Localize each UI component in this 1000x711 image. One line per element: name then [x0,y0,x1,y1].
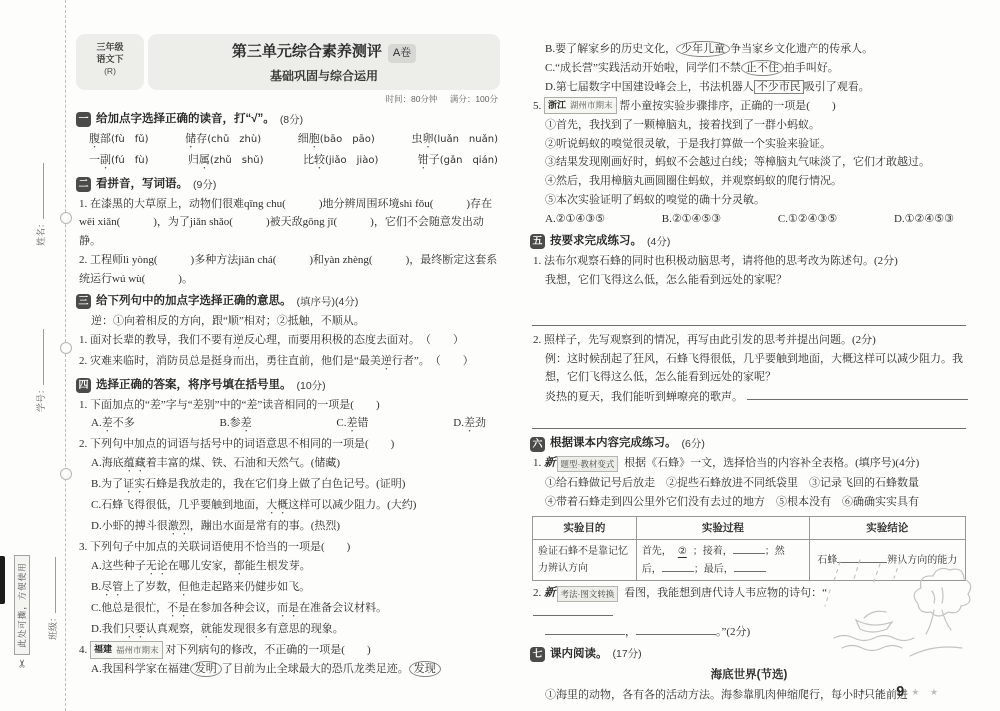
id-write-line [35,329,44,385]
purpose-cell: 验证石蜂不是靠记忆力辨认方向 [533,539,637,580]
exam-source-tag: 福建福州市期末 [90,641,163,658]
table-header: 实验过程 [636,516,809,539]
answer-blank [533,604,613,616]
scissors-icon: ✂ [16,659,29,668]
pinyin-choices: (fú fù) [111,155,149,166]
page-title: 第三单元综合素养测评 [232,43,382,60]
pinyin-choices: (gǎn qián) [440,155,498,166]
question-text: 2. 灾难来临时，消防员总是挺身而出，勇往直前，他们是“最美逆行者”。 （ ） [76,352,500,373]
passage-title: 海底世界(节选) [530,666,968,686]
option-row: A.②①④③⑤ B.②①④⑤③ C.①②④③⑤ D.①②④⑤③ [530,210,968,229]
section-4-title: 四 选择正确的答案，将序号填在括号里。 (10分) [76,376,500,396]
binding-marker [60,212,72,224]
student-id-field-label: 学号： [34,329,47,412]
section-1-number-badge: 一 [76,112,91,127]
page-subtitle: 基础巩固与综合运用 [148,66,500,87]
answer-paren: （ ） [435,355,474,367]
question-stem: 3. 下列句子中加点的关联词语使用不恰当的一项是( ) [76,538,500,557]
word-item: 虫卵(luǎn nuǎn) [411,130,498,151]
option: A.海底蕴藏着丰富的煤、铁、石油和天然气。(储藏) [76,454,500,475]
word-item: 储存(chǔ zhù) [185,130,261,151]
question-stem: 2. 下列句中加点的词语与括号中的词语意思不相同的一项是( ) [76,435,500,454]
pinyin-choices: (luǎn nuǎn) [433,134,498,145]
question-stem: 1. 法布尔观察石蜂的同时也积极动脑思考，请将他的思考改为陈述句。(2分) [530,252,968,271]
prompt-row: 炎热的夏天，我们能听到蝉嘹亮的歌声。 [530,387,968,407]
pronunciation-row-1: 腹部(fù fǔ) 储存(chǔ zhù) 细胞(bāo pāo) 虫卵(luǎ… [76,130,500,151]
section-7-number-badge: 七 [530,647,545,662]
section-7-heading: 课内阅读。 [550,645,608,665]
exam-meta: 时间：80分钟 满分：100分 [76,92,498,107]
option-row: A.差不多 B.参差 C.差错 D.差劲 [76,414,500,435]
choice-bank-line: ①给石蜂做记号后放走 ②捉些石蜂放进不同纸袋里 ③记录飞回的石蜂数量 [530,474,968,493]
pinyin-choices: (jiǎo jiào) [325,155,378,166]
word-item: 归属(zhǔ shǔ) [188,151,264,172]
section-3-title: 三 给下列句中的加点字选择正确的意思。 (填序号)(4分) [76,292,500,312]
tear-off-strip: ✂ 此处可撕，方便使用 [14,555,30,668]
new-type-tag: 新题型·教材变式 [544,454,618,474]
section-6-score: (6分) [682,435,705,453]
section-2-number-badge: 二 [76,177,91,192]
answer-paren: （ ） [426,334,465,346]
option: B.尽管上了岁数，但他走起路来仍健步如飞。 [76,578,500,599]
option: B.参差 [220,414,252,435]
section-6-title: 六 根据课本内容完成练习。 (6分) [530,434,968,454]
option: B.要了解家乡的历史文化，少年儿童争当家乡文化遗产的传承人。 [530,40,968,59]
section-2-score: (9分) [193,176,216,194]
answer-blank [733,542,765,554]
choice-bank-line: ④带着石蜂走到四公里外它们没有去过的地方 ⑤根本没有 ⑥确确实实具有 [530,493,968,512]
class-label: 班级： [48,613,58,640]
binding-dashed-line [65,0,66,711]
question-text: 我想，它们飞得这么低，怎么能看到远处的家呢？ [530,271,968,290]
answer-blank [662,560,694,572]
answer-line [532,411,966,429]
option: A.差不多 [91,414,135,435]
question-stem: 2. 照样子，先写观察到的情况，再写由此引发的思考并提出问题。(2分) [530,331,968,350]
question-text: 1. 面对长辈的教导，我们不要有逆反心理，而要用积极的态度去面对。 （ ） [76,331,500,352]
option: D.小虾的搏斗很激烈，蹦出水面是常有的事。(热烈) [76,517,500,538]
question-stem: 1. 下面加点的“差”字与“差别”中的“差”读音相同的一项是( ) [76,396,500,415]
experiment-step: ②听说蚂蚁的嗅觉很灵敏，于是我打算做一个实验来验证。 [530,135,968,154]
name-label: 姓名： [36,219,46,246]
option: C.差错 [336,414,368,435]
gloss-text: 逆：①向着相反的方向，跟“顺”相对；②抵触，不顺从。 [76,312,500,331]
new-method-tag: 新考法·图文转换 [544,584,618,604]
option: C.“成长营”实践活动开始啦，同学们不禁止不住拍手叫好。 [530,59,968,78]
book-spine-mark [0,556,5,604]
word-item: 比较(jiǎo jiào) [303,151,378,172]
class-write-line [47,557,56,613]
binding-marker [60,468,72,480]
option: C.①②④③⑤ [778,210,837,229]
section-5-score: (4分) [647,233,670,251]
subject-label: 语文下 [96,54,123,64]
section-2-title: 二 看拼音，写词语。 (9分) [76,175,500,195]
word-item: 钳子(gǎn qián) [418,151,498,172]
time-limit: 时间：80分钟 [385,94,437,104]
section-4-score: (10分) [297,377,326,395]
option: D.①②④⑤③ [894,210,954,229]
circled-word: 发现 [409,661,441,677]
question-stem: 5. 浙江湖州市期末 帮小童按实验步骤排序，正确的一项是( ) [530,97,968,116]
section-4-heading: 选择正确的答案，将序号填在括号里。 [96,376,292,396]
option: B.②①④⑤③ [662,210,721,229]
answer-fill-line [747,387,968,400]
table-header: 实验目的 [533,516,637,539]
section-5-number-badge: 五 [530,234,545,249]
section-1-heading: 给加点字选择正确的读音，打“√”。 [96,110,275,130]
paper-a-badge: A卷 [388,44,416,63]
class-field-label: 班级： [46,557,59,640]
prefilled-answer: ② [672,546,693,557]
binding-marker [60,342,72,354]
experiment-step: ①首先，我找到了一颗樟脑丸，接着找到了一群小蚂蚁。 [530,116,968,135]
grade-tab: 三年级 语文下 (R) [76,34,144,90]
section-1-score: (8分) [280,111,303,129]
name-write-line [35,163,44,219]
process-cell: 首先，②；接着，；然后，；最后， [636,539,809,580]
option: B.为了证实石蜂是我放走的，我在它们身上做了白色记号。(证明) [76,475,500,496]
answer-blank [636,623,716,635]
right-column: B.要了解家乡的历史文化，少年儿童争当家乡文化遗产的传承人。 C.“成长营”实践… [530,40,968,705]
word-item: 一副(fú fù) [89,151,149,172]
option: A.这些种子无论在哪儿安家，都能生根发芽。 [76,557,500,578]
section-1-title: 一 给加点字选择正确的读音，打“√”。 (8分) [76,110,500,130]
answer-blank [545,623,625,635]
experiment-step: ⑤本次实验证明了蚂蚁的嗅觉的确十分灵敏。 [530,191,968,210]
word-item: 腹部(fù fǔ) [89,130,149,151]
option: A.我国科学家在福建发明了目前为止全球最大的恐爪龙类足迹。发现 [76,660,500,679]
circled-word: 发明 [190,661,222,677]
passage-text: ①海里的动物，各有各的活动方法。海参靠肌肉伸缩爬行，每小时只能前进 [530,686,968,705]
circled-word: 止不住 [741,60,784,76]
pinyin-choices: (chǔ zhù) [207,134,261,145]
title-tab: 第三单元综合素养测评A卷 基础巩固与综合运用 [148,34,500,90]
question-stem: 4. 福建福州市期末 对下列病句的修改，不正确的一项是( ) [76,641,500,660]
paper-header: 三年级 语文下 (R) 第三单元综合素养测评A卷 基础巩固与综合运用 [76,34,500,90]
prompt-text: 炎热的夏天，我们能听到蝉嘹亮的歌声。 [545,388,743,407]
answer-line [532,308,966,326]
pronunciation-row-2: 一副(fú fù) 归属(zhǔ shǔ) 比较(jiǎo jiào) 钳子(g… [76,151,500,172]
section-6-number-badge: 六 [530,437,545,452]
table-header: 实验结论 [809,516,965,539]
experiment-step: ③结果发现刚画好时，蚂蚁不会越过白线；等樟脑丸气味淡了，它们才敢越过。 [530,153,968,172]
tear-off-label: 此处可撕，方便使用 [14,555,30,655]
question-stem: 2. 新考法·图文转换 看图，我能想到唐代诗人韦应物的诗句：“ [530,584,968,623]
edition-label: (R) [104,66,116,76]
question-text: 1. 在漆黑的大草原上，动物们很难qīng chu( )地分辨周围环境shì f… [76,195,500,252]
section-4-number-badge: 四 [76,378,91,393]
word-item: 细胞(bāo pāo) [298,130,375,151]
section-3-number-badge: 三 [76,294,91,309]
poem-blank-line: ，。”(2分) [530,623,968,642]
full-score: 满分：100分 [450,94,498,104]
section-7-title: 七 课内阅读。 (17分) [530,645,968,665]
id-label: 学号： [36,385,46,412]
experiment-step: ④然后，我用樟脑丸画圆圈住蚂蚁，并观察蚂蚁的爬行情况。 [530,172,968,191]
section-5-title: 五 按要求完成练习。 (4分) [530,232,968,252]
section-3-score: (填序号)(4分) [297,293,359,311]
question-stem: 1. 新题型·教材变式 根据《石蜂》一文，选择恰当的内容补全表格。(填序号)(4… [530,454,968,474]
example-text: 例：这时候刮起了狂风，石蜂飞得很低，几乎要触到地面，大概这样可以减少阻力。我想，… [530,350,968,388]
section-2-heading: 看拼音，写词语。 [96,175,188,195]
answer-blank [734,560,766,572]
section-7-score: (17分) [613,645,642,663]
section-5-heading: 按要求完成练习。 [550,232,642,252]
option: A.②①④③⑤ [545,210,605,229]
pinyin-choices: (fù fǔ) [111,134,149,145]
boxed-word: 不少市民 [754,80,804,94]
question-text: 2. 工程师lì yòng( )多种方法jiǎn chá( )和yàn zhèn… [76,251,500,289]
section-6-heading: 根据课本内容完成练习。 [550,434,677,454]
pinyin-choices: (zhǔ shǔ) [210,155,264,166]
circled-word: 少年儿童 [676,41,730,57]
pinyin-choices: (bāo pāo) [320,134,375,145]
option: D.我们只要认真观察，就能发现很多有意思的现象。 [76,620,500,641]
grade-label: 三年级 [96,42,123,52]
left-column: 三年级 语文下 (R) 第三单元综合素养测评A卷 基础巩固与综合运用 时间：80… [76,34,500,679]
option: D.第七届数字中国建设峰会上，书法机器人不少市民吸引了观看。 [530,78,968,97]
option: D.差劲 [453,414,486,435]
student-name-field-label: 姓名： [34,163,47,246]
exam-source-tag: 浙江湖州市期末 [544,97,617,114]
option: C.他总是很忙，不是在参加各种会议，而是在准备会议材料。 [76,599,500,620]
test-paper-page: 姓名： 学号： 班级： ✂ 此处可撕，方便使用 三年级 语文下 (R) 第三单元… [0,0,1000,711]
section-3-heading: 给下列句中的加点字选择正确的意思。 [96,292,292,312]
option: C.石蜂飞得很低，几乎要触到地面，大概这样可以减少阻力。(大约) [76,496,500,517]
